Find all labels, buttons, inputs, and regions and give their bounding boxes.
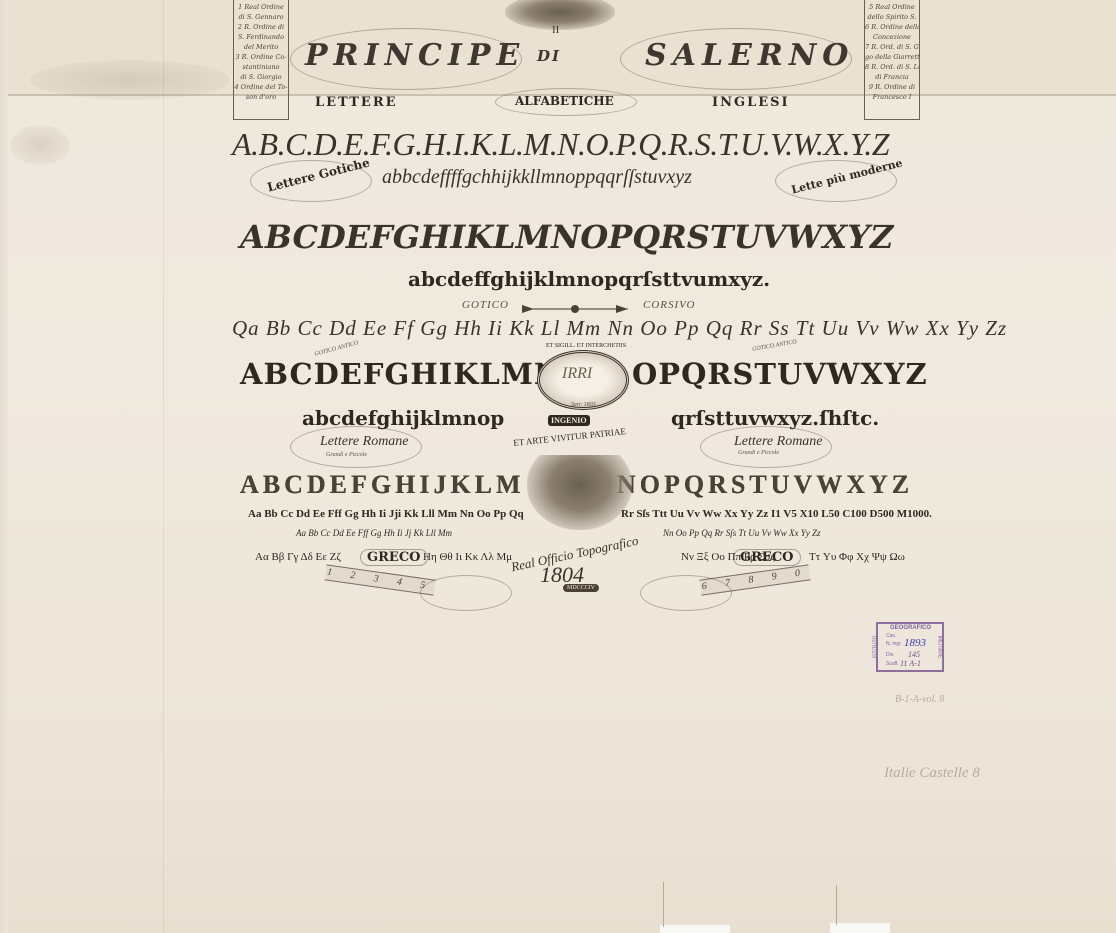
- label-lettere-romane-right: Lettere Romane: [734, 434, 823, 450]
- gothic-cursive-lowercase: abcdeffghijklmnopqrſsttvumxyz.: [408, 267, 770, 291]
- title-left: PRINCIPE: [305, 38, 525, 73]
- heading-lettere: LETTERE: [315, 95, 398, 110]
- greek-label-right: GRECO: [733, 549, 801, 566]
- stamp-row3-value: 145: [908, 650, 920, 659]
- stamp-row3-label: Div.: [886, 652, 894, 658]
- imprint-plaque: MDCCCIV: [563, 584, 599, 592]
- crown-numeral: II: [552, 24, 559, 36]
- stamp-row4-value: 11 A-1: [900, 659, 921, 668]
- title-right: SALERNO: [645, 38, 854, 73]
- label-lettere-romane-left: Lettere Romane: [320, 434, 409, 450]
- stamp-side-left: ISTITUTO: [872, 636, 878, 659]
- water-stain: [30, 60, 230, 100]
- script-letter-pairs: Qa Bb Cc Dd Ee Ff Gg Hh Ii Kk Ll Mm Nn O…: [232, 316, 1007, 341]
- sub-grandi-piccole-right: Grandi e Piccole: [738, 450, 779, 456]
- crown-emblem: [505, 0, 615, 30]
- roman-capitals-right: NOPQRSTUVWXYZ: [617, 470, 913, 500]
- water-stain: [10, 125, 70, 165]
- arrow-ornament: [520, 299, 630, 309]
- left-orders-panel: 1 Real Ordine di S. Gennaro 2 R. Ordine …: [233, 0, 289, 120]
- label-gotico: GOTICO: [462, 299, 509, 311]
- tear-line: [663, 882, 664, 927]
- motto-badge: INGENIO: [548, 415, 590, 426]
- stamp-institution: GEOGRAFICO: [890, 625, 931, 631]
- stamp-side-right: MILITARE: [936, 636, 942, 659]
- imprint-flourish-right: [640, 575, 732, 611]
- sheet-left-edge: [0, 0, 8, 933]
- label-corsivo: CORSIVO: [643, 299, 696, 311]
- greek-middle-left: Hη Θθ Iι Kκ Λλ Mμ: [423, 551, 512, 563]
- torn-edge: [830, 923, 890, 933]
- stamp-row2-value: 1893: [904, 637, 926, 649]
- gothic-antique-capitals-right: OPQRSTUVWXYZ: [632, 357, 928, 391]
- archive-stamp: GEOGRAFICO ISTITUTO MILITARE Cas. N. ing…: [876, 622, 944, 672]
- pencil-note-title: Italie Castelle 8: [884, 765, 980, 782]
- sub-grandi-piccole-left: Grandi e Piccole: [326, 452, 367, 458]
- english-script-capitals: A.B.C.D.E.F.G.H.I.K.L.M.N.O.P.Q.R.S.T.U.…: [232, 126, 889, 163]
- tear-line: [836, 885, 837, 925]
- bust-engraving: [527, 455, 632, 530]
- stamp-row1-label: Cas.: [886, 633, 896, 639]
- title-connector: DI: [537, 47, 561, 65]
- gothic-antique-capitals-left: ABCDEFGHIKLMN: [240, 357, 561, 391]
- italic-pairs-right: Nn Oo Pp Qq Rr Sſs Tt Uu Vv Ww Xx Yy Zz: [663, 528, 821, 538]
- stamp-row2-label: N. ingr.: [886, 641, 902, 647]
- italic-pairs-left: Aa Bb Cc Dd Ee Fff Gg Hh Ii Jj Kk Lll Mm: [296, 528, 452, 538]
- greek-right: Tτ Yυ Φφ Xχ Ψψ Ωω: [809, 551, 905, 563]
- roman-pairs-right: Rr Sſs Ttt Uu Vv Ww Xx Yy Zz I1 V5 X10 L…: [621, 508, 932, 520]
- heading-alfabetiche: ALFABETICHE: [515, 94, 614, 108]
- gothic-cursive-capitals: ABCDEFGHIKLMNOPQRSTUVWXYZ: [240, 218, 893, 256]
- torn-edge: [660, 925, 730, 933]
- stamp-row4-label: Scaff.: [886, 661, 899, 667]
- heading-inglesi: INGLESI: [712, 95, 790, 110]
- right-orders-panel: 5 Real Ordine dello Spirito S. 6 R. Ordi…: [864, 0, 920, 120]
- greek-label-left: GRECO: [360, 549, 428, 566]
- pencil-note-shelfmark: B-1-A-vol. 8: [895, 694, 944, 705]
- greek-left: Aα Bβ Γγ Δδ Eε Zζ: [255, 551, 341, 563]
- medallion-ring-text: ET SIGILL. ET INTERCHETIIS: [546, 343, 626, 349]
- roman-capitals-left: ABCDEFGHIJKLM: [240, 470, 525, 500]
- medallion-sub: Serr. 1803: [571, 402, 596, 408]
- medallion-monogram: IRRI: [562, 365, 592, 383]
- fold-line-vertical: [163, 0, 164, 933]
- roman-pairs-left: Aa Bb Cc Dd Ee Fff Gg Hh Ii Jji Kk Lll M…: [248, 508, 524, 520]
- imprint-flourish-left: [420, 575, 512, 611]
- english-script-lowercase: abbcdeffffgchhijkkllmnoppqqrſſstuvxyz: [382, 166, 692, 189]
